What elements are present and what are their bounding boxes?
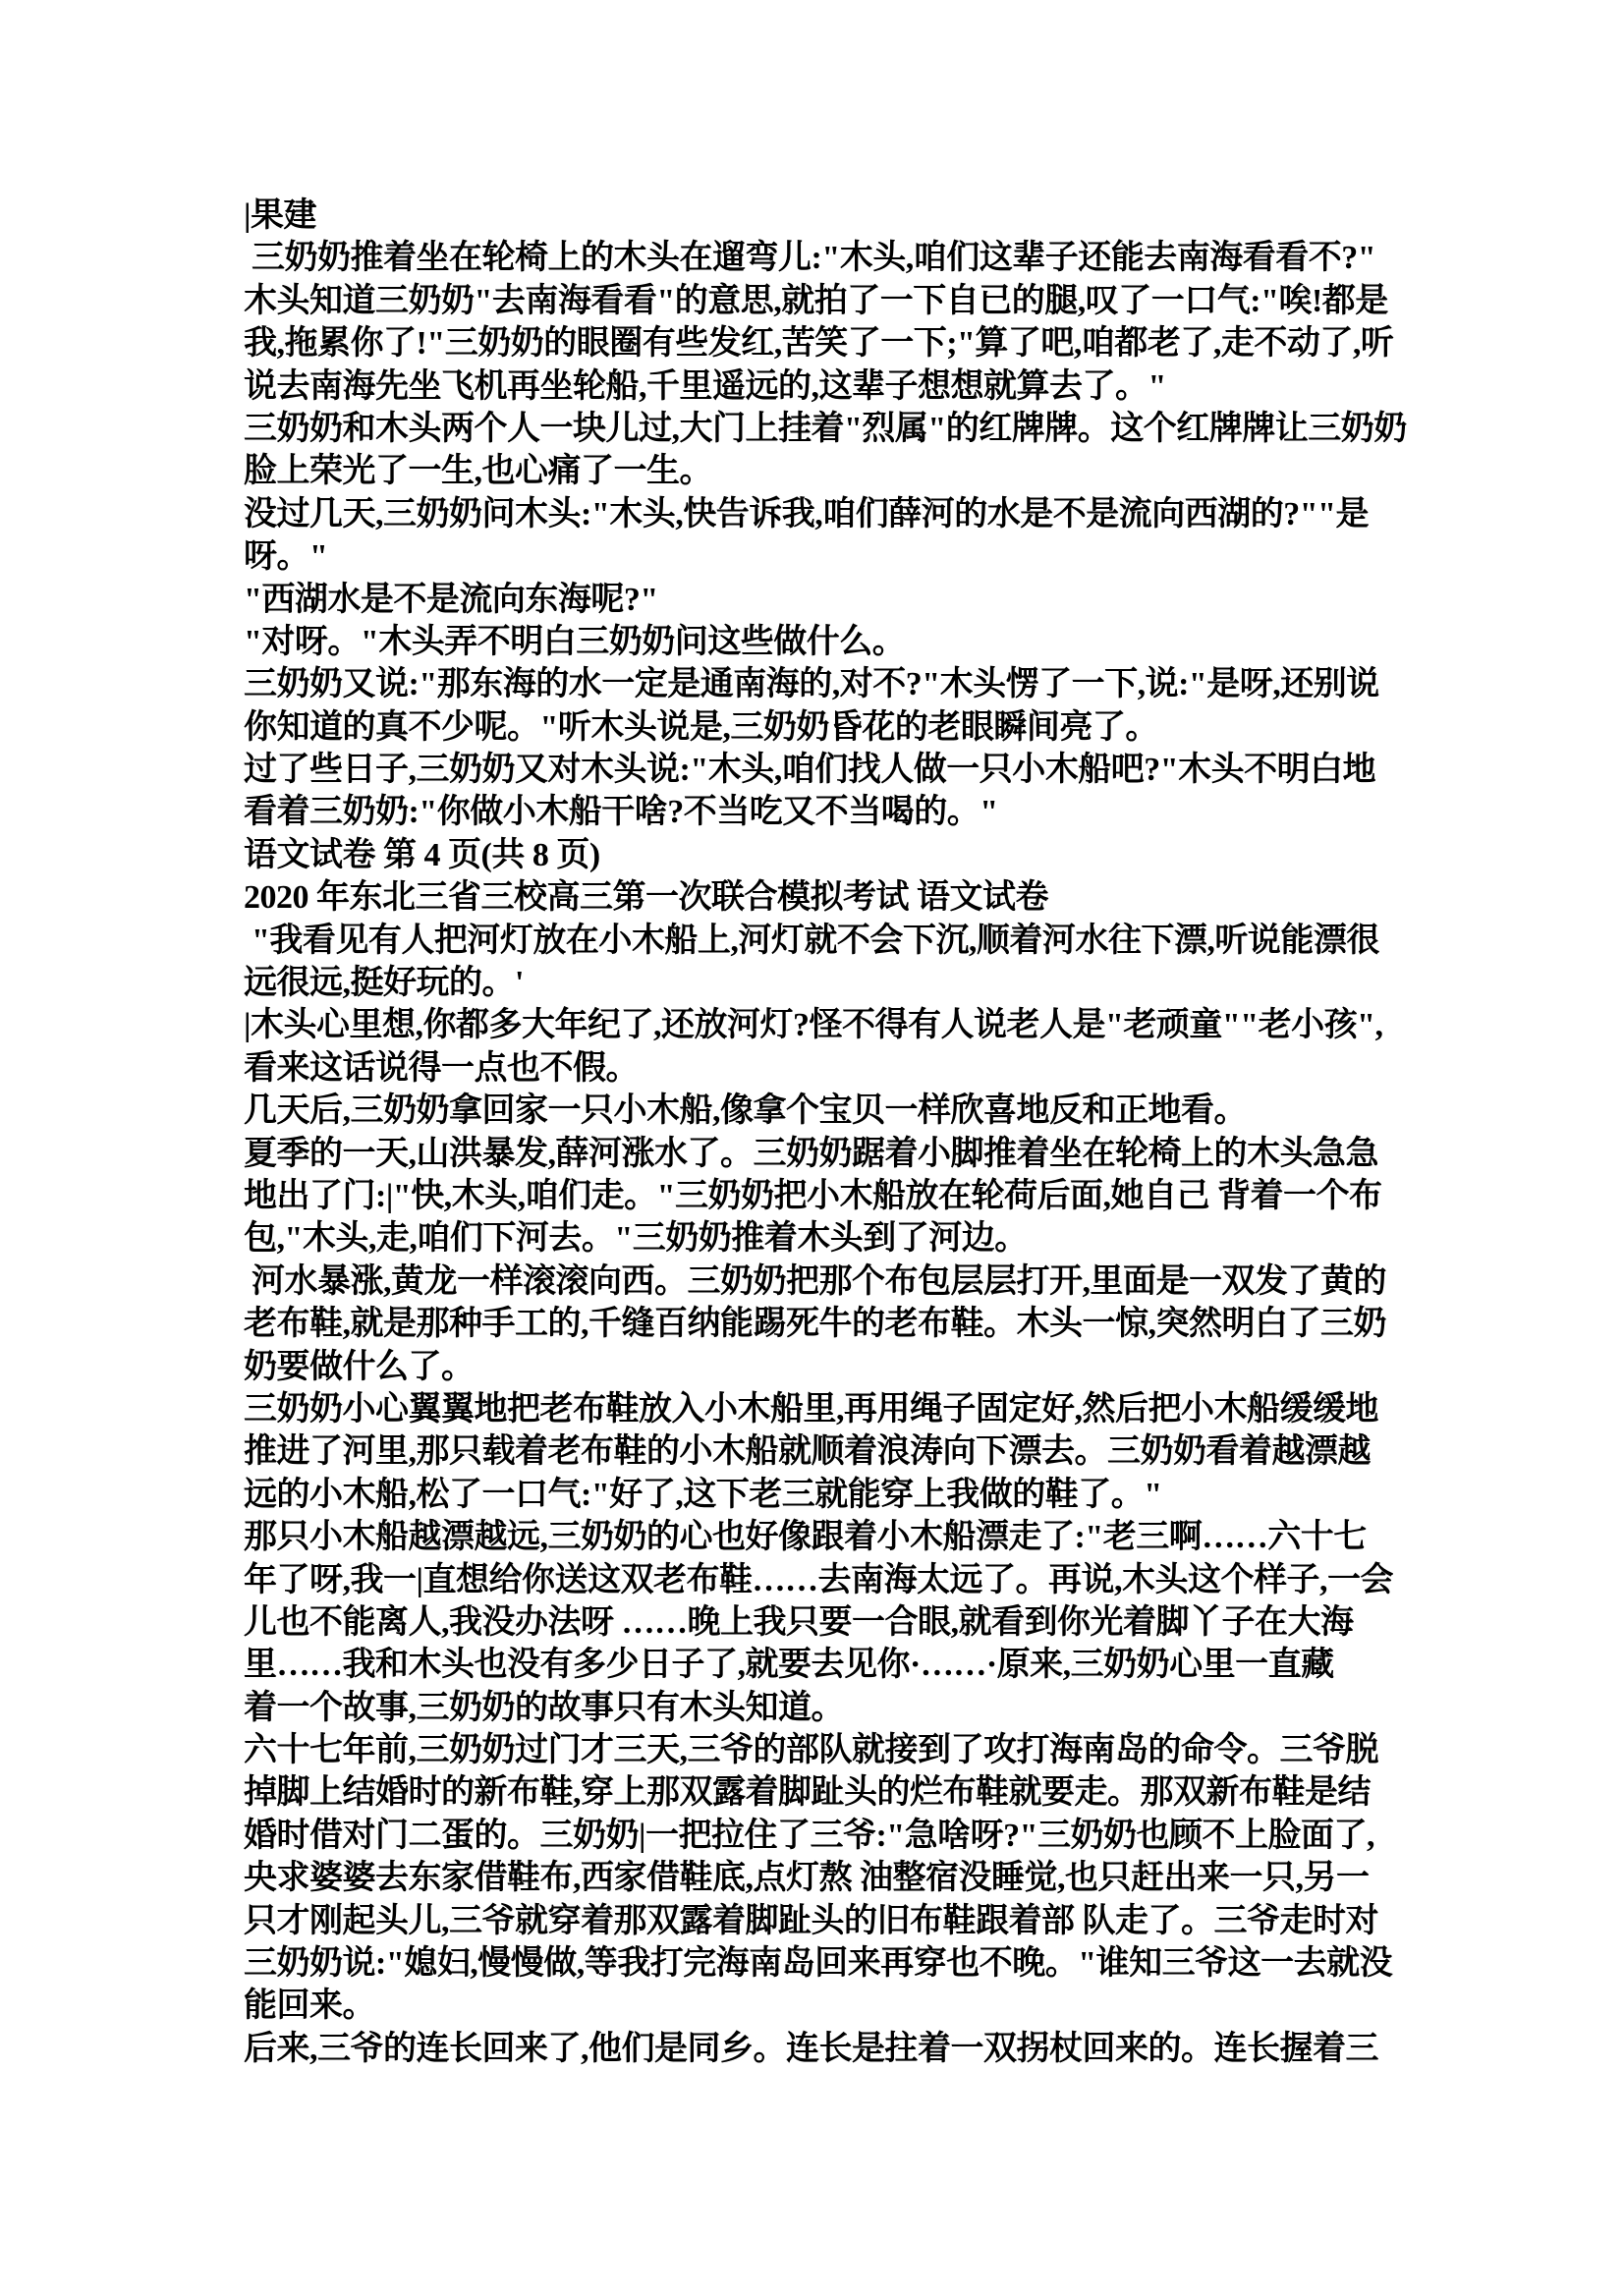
- text-line: 那只小木船越漂越远,三奶奶的心也好像跟着小木船漂走了:"老三啊……六十七: [244, 1516, 1413, 1558]
- text-line: 三奶奶和木头两个人一块儿过,大门上挂着"烈属"的红牌牌。这个红牌牌让三奶奶: [244, 408, 1413, 450]
- text-line: "对呀。"木头弄不明白三奶奶问这些做什么。: [244, 621, 1413, 663]
- text-line: 三奶奶又说:"那东海的水一定是通南海的,对不?"木头愣了一下,说:"是呀,还别说: [244, 663, 1413, 705]
- text-line: 看来这话说得一点也不假。: [244, 1047, 1413, 1090]
- text-line: 推进了河里,那只载着老布鞋的小木船就顺着浪涛向下漂去。三奶奶看着越漂越: [244, 1430, 1413, 1473]
- text-line: 奶要做什么了。: [244, 1346, 1413, 1388]
- text-line: 木头知道三奶奶"去南海看看"的意思,就拍了一下自已的腿,叹了一口气:"唉!都是: [244, 280, 1413, 322]
- exam-title-line: 2020 年东北三省三校高三第一次联合模拟考试 语文试卷: [244, 876, 1413, 919]
- document-text-block: |果建 三奶奶推着坐在轮椅上的木头在遛弯儿:"木头,咱们这辈子还能去南海看看不?…: [244, 195, 1413, 2070]
- text-line: 央求婆婆去东家借鞋布,西家借鞋底,点灯熬 油整宿没睡觉,也只赶出来一只,另一: [244, 1857, 1413, 1899]
- text-line: 婚时借对门二蛋的。三奶奶|一把拉住了三爷:"急啥呀?"三奶奶也顾不上脸面了,: [244, 1815, 1413, 1857]
- text-line: 你知道的真不少呢。"听木头说是,三奶奶昏花的老眼瞬间亮了。: [244, 706, 1413, 749]
- text-line: 着一个故事,三奶奶的故事只有木头知道。: [244, 1687, 1413, 1729]
- text-line: 儿也不能离人,我没办法呀 ……晚上我只要一合眼,就看到你光着脚丫子在大海: [244, 1601, 1413, 1644]
- document-page: |果建 三奶奶推着坐在轮椅上的木头在遛弯儿:"木头,咱们这辈子还能去南海看看不?…: [0, 0, 1624, 2296]
- text-line: |木头心里想,你都多大年纪了,还放河灯?怪不得有人说老人是"老顽童""老小孩",: [244, 1004, 1413, 1046]
- text-line: 里……我和木头也没有多少日子了,就要去见你·……·原来,三奶奶心里一直藏: [244, 1644, 1413, 1686]
- text-line: 远很远,挺好玩的。': [244, 962, 1413, 1004]
- text-line: 呀。": [244, 535, 1413, 578]
- text-line: "西湖水是不是流向东海呢?": [244, 579, 1413, 621]
- text-line: 地出了门:|"快,木头,咱们走。"三奶奶把小木船放在轮荷后面,她自己 背着一个布: [244, 1175, 1413, 1217]
- text-line: "我看见有人把河灯放在小木船上,河灯就不会下沉,顺着河水往下漂,听说能漂很: [244, 920, 1413, 962]
- text-line: 三奶奶推着坐在轮椅上的木头在遛弯儿:"木头,咱们这辈子还能去南海看看不?": [244, 237, 1413, 279]
- text-line: 后来,三爷的连长回来了,他们是同乡。连长是拄着一双拐杖回来的。连长握着三: [244, 2028, 1413, 2070]
- text-line: |果建: [244, 195, 1413, 237]
- text-line: 能回来。: [244, 1985, 1413, 2027]
- text-line: 过了些日子,三奶奶又对木头说:"木头,咱们找人做一只小木船吧?"木头不明白地: [244, 749, 1413, 791]
- text-line: 年了呀,我一|直想给你送这双老布鞋……去南海太远了。再说,木头这个样子,一会: [244, 1559, 1413, 1601]
- text-line: 三奶奶小心翼翼地把老布鞋放入小木船里,再用绳子固定好,然后把小木船缓缓地: [244, 1388, 1413, 1430]
- text-line: 远的小木船,松了一口气:"好了,这下老三就能穿上我做的鞋了。": [244, 1474, 1413, 1516]
- page-footer-line: 语文试卷 第 4 页(共 8 页): [244, 834, 1413, 876]
- text-line: 说去南海先坐飞机再坐轮船,千里遥远的,这辈子想想就算去了。": [244, 365, 1413, 408]
- text-line: 六十七年前,三奶奶过门才三天,三爷的部队就接到了攻打海南岛的命令。三爷脱: [244, 1729, 1413, 1771]
- text-line: 三奶奶说:"媳妇,慢慢做,等我打完海南岛回来再穿也不晚。"谁知三爷这一去就没: [244, 1942, 1413, 1985]
- text-line: 几天后,三奶奶拿回家一只小木船,像拿个宝贝一样欣喜地反和正地看。: [244, 1090, 1413, 1132]
- text-line: 夏季的一天,山洪暴发,薛河涨水了。三奶奶踞着小脚推着坐在轮椅上的木头急急: [244, 1133, 1413, 1175]
- text-line: 河水暴涨,黄龙一样滚滚向西。三奶奶把那个布包层层打开,里面是一双发了黄的: [244, 1260, 1413, 1303]
- text-line: 老布鞋,就是那种手工的,千缝百纳能踢死牛的老布鞋。木头一惊,突然明白了三奶: [244, 1303, 1413, 1345]
- text-line: 掉脚上结婚时的新布鞋,穿上那双露着脚趾头的烂布鞋就要走。那双新布鞋是结: [244, 1771, 1413, 1814]
- text-line: 包,"木头,走,咱们下河去。"三奶奶推着木头到了河边。: [244, 1217, 1413, 1260]
- text-line: 只才刚起头儿,三爷就穿着那双露着脚趾头的旧布鞋跟着部 队走了。三爷走时对: [244, 1900, 1413, 1942]
- text-line: 看着三奶奶:"你做小木船干啥?不当吃又不当喝的。": [244, 791, 1413, 833]
- text-line: 脸上荣光了一生,也心痛了一生。: [244, 450, 1413, 492]
- text-line: 没过几天,三奶奶问木头:"木头,快告诉我,咱们薛河的水是不是流向西湖的?""是: [244, 493, 1413, 535]
- text-line: 我,拖累你了!"三奶奶的眼圈有些发红,苦笑了一下;"算了吧,咱都老了,走不动了,…: [244, 322, 1413, 364]
